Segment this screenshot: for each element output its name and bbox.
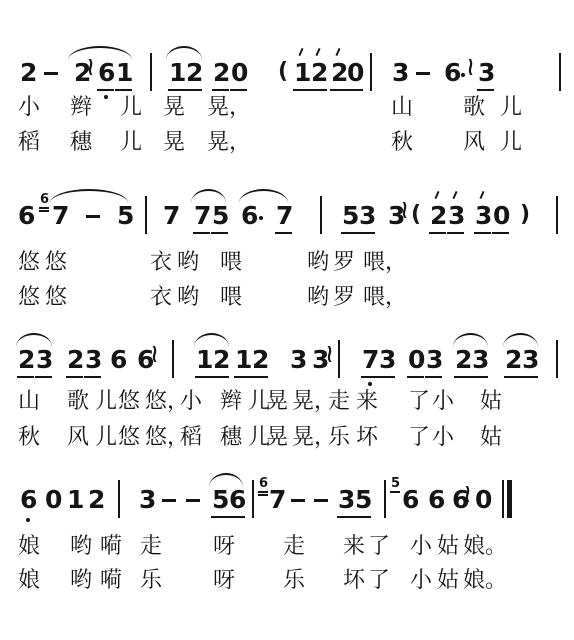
slur-arc bbox=[50, 189, 128, 203]
eighth-beam-line bbox=[425, 376, 442, 378]
lyric-syllable: 娘 bbox=[18, 536, 40, 558]
lyric-syllable: 坏 bbox=[356, 427, 378, 449]
lyric-syllable: 了 bbox=[408, 391, 430, 413]
eighth-beam-line bbox=[212, 89, 229, 91]
slur-arc bbox=[68, 46, 132, 60]
eighth-beam-line bbox=[474, 232, 491, 234]
parenthesis: ( bbox=[411, 204, 421, 226]
barline bbox=[150, 53, 152, 91]
note-2: 2 bbox=[213, 347, 230, 372]
barline bbox=[118, 480, 120, 518]
barline bbox=[370, 53, 372, 91]
duration-dash bbox=[186, 499, 200, 502]
lyric-syllable: 了 bbox=[408, 427, 430, 449]
eighth-beam-line bbox=[211, 516, 228, 518]
lyric-syllable: 嗬 bbox=[100, 570, 122, 592]
note-3: 3 bbox=[379, 347, 396, 372]
lyric-syllable: 衣 bbox=[150, 287, 172, 309]
lyric-syllable: 儿 bbox=[95, 391, 117, 413]
note-0: 0 bbox=[45, 487, 62, 512]
barline bbox=[320, 196, 322, 234]
note-2: 2 bbox=[88, 487, 105, 512]
lyric-syllable: 哟 bbox=[177, 252, 199, 274]
eighth-beam-line bbox=[17, 376, 34, 378]
note-3: 3 bbox=[522, 347, 539, 372]
barline bbox=[338, 340, 340, 378]
portamento-wavy-mark: ≀ bbox=[151, 342, 158, 368]
slur-arc bbox=[503, 333, 538, 347]
note-3: 3 bbox=[290, 347, 307, 372]
lyric-syllable: 娘。 bbox=[463, 570, 507, 592]
barline bbox=[145, 196, 147, 234]
note-5: 5 bbox=[355, 487, 372, 512]
lyric-syllable: 悠 bbox=[18, 252, 40, 274]
note-6: 6 bbox=[402, 487, 419, 512]
low-octave-dot bbox=[104, 95, 108, 99]
final-barline-thin bbox=[502, 480, 504, 518]
eighth-beam-line bbox=[228, 516, 245, 518]
lyric-syllable: 呀 bbox=[213, 536, 235, 558]
lyric-syllable: 歌 bbox=[463, 97, 485, 119]
lyric-syllable: 姑 bbox=[480, 427, 502, 449]
lyric-syllable: 儿 bbox=[500, 97, 522, 119]
slur-arc bbox=[453, 333, 488, 347]
note-0: 0 bbox=[408, 347, 425, 372]
lyric-syllable: 走 bbox=[328, 391, 350, 413]
eighth-beam-line bbox=[504, 376, 521, 378]
lyric-syllable: 辫 bbox=[70, 97, 92, 119]
low-octave-dot bbox=[368, 382, 372, 386]
note-1: 1 bbox=[235, 347, 252, 372]
note-7: 7 bbox=[52, 203, 69, 228]
note-7: 7 bbox=[194, 203, 211, 228]
grace-note-6: 6 bbox=[259, 477, 268, 490]
eighth-beam-line bbox=[358, 232, 375, 234]
note-2: 2 bbox=[186, 60, 203, 85]
grace-beam-line bbox=[258, 491, 268, 493]
score-page: 22≀611220(122036≀3小辫儿晃晃，山歌儿稻穗儿晃晃，秋风儿6675… bbox=[0, 0, 574, 640]
eighth-beam-line bbox=[185, 89, 202, 91]
lyric-syllable: 晃， bbox=[207, 97, 251, 119]
lyric-syllable: 小 bbox=[432, 427, 454, 449]
eighth-beam-line bbox=[346, 89, 363, 91]
lyric-syllable: 乐 bbox=[283, 570, 305, 592]
note-7: 7 bbox=[269, 487, 286, 512]
low-octave-dot bbox=[26, 518, 30, 522]
eighth-beam-line bbox=[251, 376, 268, 378]
portamento-wavy-mark: ≀ bbox=[401, 198, 408, 224]
note-1: 1 bbox=[294, 60, 311, 85]
note-1: 1 bbox=[67, 487, 84, 512]
lyric-syllable: 喂， bbox=[363, 252, 407, 274]
note-2: 2 bbox=[20, 60, 37, 85]
lyric-syllable: 悠 bbox=[18, 287, 40, 309]
duration-dash bbox=[416, 72, 430, 75]
eighth-beam-line bbox=[193, 232, 210, 234]
lyric-syllable: 小 bbox=[410, 536, 432, 558]
lyric-syllable: 喂 bbox=[220, 252, 242, 274]
note-6: 6 bbox=[241, 203, 258, 228]
lyric-syllable: 秋 bbox=[18, 427, 40, 449]
lyric-syllable: 晃， bbox=[207, 132, 251, 154]
note-3: 3 bbox=[426, 347, 443, 372]
eighth-beam-line bbox=[378, 376, 395, 378]
eighth-beam-line bbox=[492, 232, 509, 234]
eighth-beam-line bbox=[407, 376, 424, 378]
note-2: 2 bbox=[18, 347, 35, 372]
eighth-beam-line bbox=[361, 376, 378, 378]
parenthesis: ) bbox=[520, 204, 530, 226]
lyric-syllable: 哟 bbox=[70, 536, 92, 558]
lyric-syllable: 穗 bbox=[220, 427, 242, 449]
note-3: 3 bbox=[472, 347, 489, 372]
lyric-syllable: 晃 bbox=[163, 97, 185, 119]
note-3: 3 bbox=[448, 203, 465, 228]
lyric-syllable: 来 bbox=[343, 536, 365, 558]
eighth-beam-line bbox=[212, 376, 229, 378]
note-7: 7 bbox=[276, 203, 293, 228]
note-3: 3 bbox=[338, 487, 355, 512]
eighth-beam-line bbox=[454, 376, 471, 378]
note-3: 3 bbox=[139, 487, 156, 512]
portamento-wavy-mark: ≀ bbox=[467, 55, 474, 81]
note-3: 3 bbox=[36, 347, 53, 372]
grace-beam-line bbox=[39, 207, 49, 209]
note-1: 1 bbox=[196, 347, 213, 372]
lyric-syllable: 娘。 bbox=[463, 536, 507, 558]
eighth-beam-line bbox=[168, 89, 185, 91]
eighth-beam-line bbox=[447, 232, 464, 234]
lyric-syllable: 姑 bbox=[437, 570, 459, 592]
barline bbox=[172, 340, 174, 378]
note-3: 3 bbox=[85, 347, 102, 372]
note-2: 2 bbox=[213, 60, 230, 85]
lyric-syllable: 姑 bbox=[480, 391, 502, 413]
duration-dash bbox=[44, 72, 58, 75]
lyric-syllable: 儿 bbox=[120, 97, 142, 119]
lyric-syllable: 哟 bbox=[307, 287, 329, 309]
eighth-beam-line bbox=[330, 89, 347, 91]
lyric-syllable: 呀 bbox=[213, 570, 235, 592]
note-3: 3 bbox=[475, 203, 492, 228]
tick-mark bbox=[335, 48, 340, 56]
note-5: 5 bbox=[212, 487, 229, 512]
grace-note-5: 5 bbox=[391, 477, 400, 490]
lyric-syllable: 衣 bbox=[150, 252, 172, 274]
eighth-beam-line bbox=[429, 232, 446, 234]
lyric-syllable: 哟 bbox=[70, 570, 92, 592]
eighth-beam-line bbox=[471, 376, 488, 378]
barline bbox=[252, 480, 254, 518]
note-6: 6 bbox=[444, 60, 461, 85]
eighth-beam-line bbox=[115, 89, 132, 91]
lyric-syllable: 罗 bbox=[333, 287, 355, 309]
slur-arc bbox=[166, 46, 202, 60]
note-5: 5 bbox=[212, 203, 229, 228]
note-1: 1 bbox=[169, 60, 186, 85]
tick-mark bbox=[298, 48, 303, 56]
lyric-syllable: 小 bbox=[410, 570, 432, 592]
lyric-syllable: 稻 bbox=[18, 132, 40, 154]
lyric-syllable: 了 bbox=[368, 570, 390, 592]
note-7: 7 bbox=[362, 347, 379, 372]
lyric-syllable: 来 bbox=[356, 391, 378, 413]
tick-mark bbox=[434, 191, 439, 199]
note-2: 2 bbox=[455, 347, 472, 372]
lyric-syllable: 娘 bbox=[18, 570, 40, 592]
eighth-beam-line bbox=[293, 89, 310, 91]
lyric-syllable: 喂， bbox=[363, 287, 407, 309]
duration-dash bbox=[291, 499, 305, 502]
final-barline-thick bbox=[507, 480, 512, 518]
duration-dash bbox=[314, 499, 328, 502]
eighth-beam-line bbox=[195, 376, 212, 378]
augmentation-dot bbox=[461, 73, 465, 77]
note-5: 5 bbox=[342, 203, 359, 228]
barline bbox=[559, 53, 561, 91]
note-3: 3 bbox=[359, 203, 376, 228]
barline bbox=[384, 480, 386, 518]
note-0: 0 bbox=[475, 487, 492, 512]
eighth-beam-line bbox=[35, 376, 52, 378]
slur-arc bbox=[191, 189, 226, 203]
slur-arc bbox=[209, 473, 243, 487]
lyric-syllable: 晃 bbox=[266, 427, 288, 449]
note-6: 6 bbox=[110, 347, 127, 372]
lyric-syllable: 儿 bbox=[95, 427, 117, 449]
lyric-syllable: 歌 bbox=[67, 391, 89, 413]
tick-mark bbox=[315, 48, 320, 56]
note-1: 1 bbox=[116, 60, 133, 85]
note-0: 0 bbox=[493, 203, 510, 228]
lyric-syllable: 穗 bbox=[70, 132, 92, 154]
tick-mark bbox=[479, 191, 484, 199]
grace-beam-line bbox=[39, 210, 49, 212]
eighth-beam-line bbox=[234, 376, 251, 378]
lyric-syllable: 秋 bbox=[391, 132, 413, 154]
note-0: 0 bbox=[347, 60, 364, 85]
barline bbox=[556, 196, 558, 234]
duration-dash bbox=[86, 215, 100, 218]
grace-note-6: 6 bbox=[40, 193, 49, 206]
eighth-beam-line bbox=[310, 89, 327, 91]
lyric-syllable: 悠 bbox=[118, 391, 140, 413]
lyric-syllable: 走 bbox=[140, 536, 162, 558]
eighth-beam-line bbox=[275, 232, 292, 234]
note-2: 2 bbox=[331, 60, 348, 85]
note-3: 3 bbox=[478, 60, 495, 85]
lyric-syllable: 稻 bbox=[180, 427, 202, 449]
lyric-syllable: 晃 bbox=[163, 132, 185, 154]
lyric-syllable: 小 bbox=[432, 391, 454, 413]
eighth-beam-line bbox=[521, 376, 538, 378]
note-2: 2 bbox=[252, 347, 269, 372]
lyric-syllable: 风 bbox=[463, 132, 485, 154]
portamento-wavy-mark: ≀ bbox=[326, 342, 333, 368]
lyric-syllable: 喂 bbox=[220, 287, 242, 309]
lyric-syllable: 悠 bbox=[45, 287, 67, 309]
lyric-syllable: 嗬 bbox=[100, 536, 122, 558]
lyric-syllable: 哟 bbox=[177, 287, 199, 309]
note-7: 7 bbox=[163, 203, 180, 228]
grace-beam-line bbox=[390, 491, 400, 493]
lyric-syllable: 小 bbox=[18, 97, 40, 119]
slur-arc bbox=[239, 189, 288, 203]
slur-arc bbox=[194, 333, 229, 347]
lyric-syllable: 山 bbox=[18, 391, 40, 413]
eighth-beam-line bbox=[354, 516, 371, 518]
eighth-beam-line bbox=[341, 232, 358, 234]
eighth-beam-line bbox=[337, 516, 354, 518]
note-2: 2 bbox=[311, 60, 328, 85]
note-6: 6 bbox=[20, 487, 37, 512]
lyric-syllable: 坏 bbox=[343, 570, 365, 592]
note-0: 0 bbox=[231, 60, 248, 85]
lyric-syllable: 晃 bbox=[266, 391, 288, 413]
lyric-syllable: 风 bbox=[67, 427, 89, 449]
note-6: 6 bbox=[18, 203, 35, 228]
duration-dash bbox=[162, 499, 176, 502]
lyric-syllable: 走 bbox=[283, 536, 305, 558]
eighth-beam-line bbox=[97, 89, 114, 91]
parenthesis: ( bbox=[278, 61, 288, 83]
note-6: 6 bbox=[428, 487, 445, 512]
eighth-beam-line bbox=[84, 376, 101, 378]
lyric-syllable: 儿 bbox=[500, 132, 522, 154]
portamento-wavy-mark: ≀ bbox=[464, 482, 471, 508]
tick-mark bbox=[452, 191, 457, 199]
barline bbox=[556, 340, 558, 378]
note-5: 5 bbox=[117, 203, 134, 228]
lyric-syllable: 辫 bbox=[220, 391, 242, 413]
augmentation-dot bbox=[259, 216, 263, 220]
note-2: 2 bbox=[505, 347, 522, 372]
eighth-beam-line bbox=[477, 89, 494, 91]
lyric-syllable: 哟 bbox=[307, 252, 329, 274]
lyric-syllable: 儿 bbox=[120, 132, 142, 154]
lyric-syllable: 罗 bbox=[333, 252, 355, 274]
eighth-beam-line bbox=[230, 89, 247, 91]
lyric-syllable: 小 bbox=[180, 391, 202, 413]
lyric-syllable: 姑 bbox=[437, 536, 459, 558]
eighth-beam-line bbox=[66, 376, 83, 378]
lyric-syllable: 山 bbox=[391, 97, 413, 119]
eighth-beam-line bbox=[211, 232, 228, 234]
note-3: 3 bbox=[392, 60, 409, 85]
slur-arc bbox=[16, 333, 52, 347]
note-2: 2 bbox=[67, 347, 84, 372]
lyric-syllable: 悠 bbox=[118, 427, 140, 449]
grace-beam-line bbox=[258, 494, 268, 496]
note-6: 6 bbox=[98, 60, 115, 85]
lyric-syllable: 乐 bbox=[328, 427, 350, 449]
lyric-syllable: 乐 bbox=[140, 570, 162, 592]
note-2: 2 bbox=[430, 203, 447, 228]
note-6: 6 bbox=[229, 487, 246, 512]
lyric-syllable: 悠 bbox=[45, 252, 67, 274]
lyric-syllable: 了 bbox=[368, 536, 390, 558]
